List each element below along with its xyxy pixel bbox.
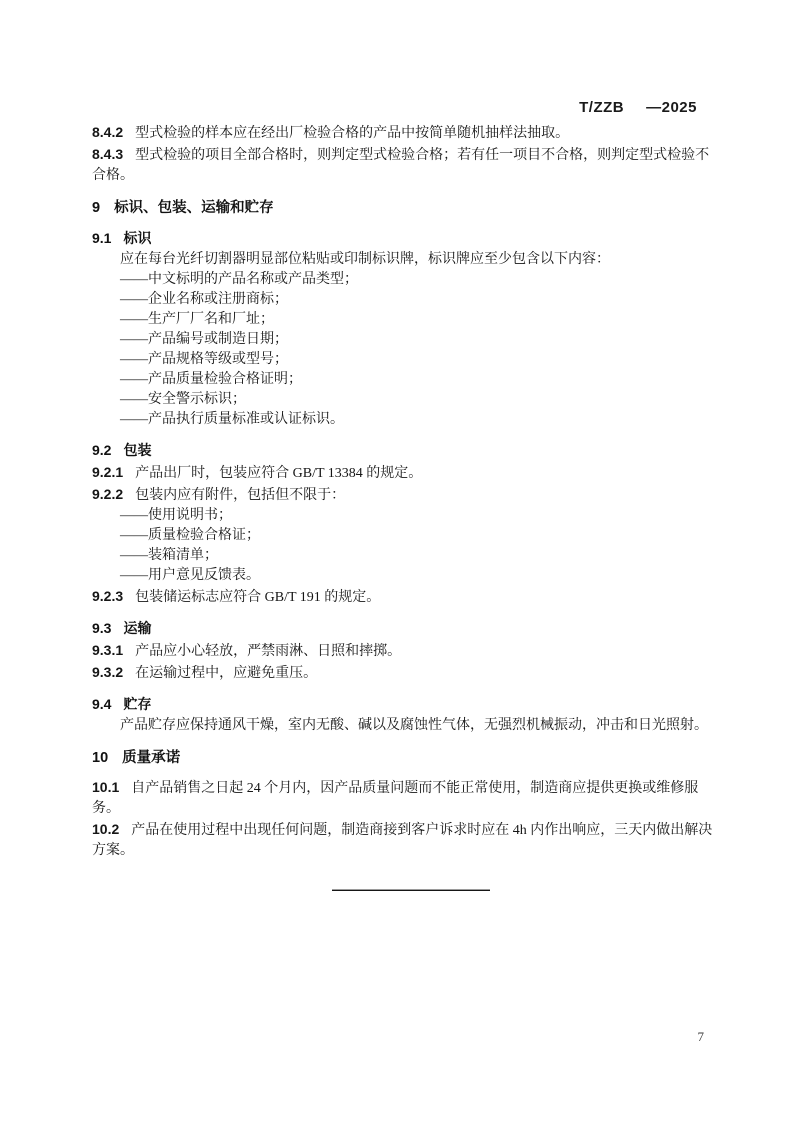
clause-number: 9.2.2 bbox=[92, 486, 123, 502]
section-heading-9-3: 9.3运输 bbox=[92, 618, 713, 638]
clause-text: 包装内应有附件，包括但不限于： bbox=[135, 488, 345, 503]
page-number: 7 bbox=[698, 1029, 705, 1045]
clause-10-2: 10.2产品在使用过程中出现任何问题，制造商接到客户诉求时应在 4h 内作出响应… bbox=[92, 819, 713, 861]
list-item: ——用户意见反馈表。 bbox=[92, 566, 713, 586]
chapter-number: 10 bbox=[92, 750, 108, 766]
clause-number: 10.1 bbox=[92, 779, 119, 795]
list-item: ——产品质量检验合格证明； bbox=[92, 370, 713, 390]
end-of-document-divider bbox=[332, 889, 490, 891]
chapter-title: 标识、包装、运输和贮存 bbox=[114, 200, 274, 216]
clause-10-1: 10.1自产品销售之日起 24 个月内，因产品质量问题而不能正常使用，制造商应提… bbox=[92, 777, 713, 819]
clause-text: 产品应小心轻放，严禁雨淋、日照和摔掷。 bbox=[135, 644, 401, 659]
section-heading-9-1: 9.1标识 bbox=[92, 228, 713, 248]
clause-9-2-3: 9.2.3包装储运标志应符合 GB/T 191 的规定。 bbox=[92, 586, 713, 608]
clause-8-4-2: 8.4.2型式检验的样本应在经出厂检验合格的产品中按简单随机抽样法抽取。 bbox=[92, 122, 713, 144]
chapter-number: 9 bbox=[92, 200, 100, 216]
clause-number: 8.4.3 bbox=[92, 146, 123, 162]
clause-text: 自产品销售之日起 24 个月内，因产品质量问题而不能正常使用，制造商应提供更换或… bbox=[92, 781, 698, 816]
paragraph: 产品贮存应保持通风干燥，室内无酸、碱以及腐蚀性气体，无强烈机械振动，冲击和日光照… bbox=[92, 716, 713, 736]
clause-number: 9.3.1 bbox=[92, 642, 123, 658]
list-item: ——企业名称或注册商标； bbox=[92, 290, 713, 310]
section-title: 标识 bbox=[123, 230, 151, 246]
list-item: ——产品执行质量标准或认证标识。 bbox=[92, 410, 713, 430]
document-page: T/ZZB —2025 8.4.2型式检验的样本应在经出厂检验合格的产品中按简单… bbox=[0, 0, 794, 1123]
standard-code: T/ZZB bbox=[579, 99, 624, 116]
chapter-title: 质量承诺 bbox=[122, 750, 180, 766]
clause-text: 包装储运标志应符合 GB/T 191 的规定。 bbox=[135, 590, 380, 605]
clause-9-2-1: 9.2.1产品出厂时，包装应符合 GB/T 13384 的规定。 bbox=[92, 462, 713, 484]
chapter-heading-10: 10质量承诺 bbox=[92, 748, 713, 768]
chapter-heading-9: 9标识、包装、运输和贮存 bbox=[92, 198, 713, 218]
clause-number: 9.2.3 bbox=[92, 588, 123, 604]
clause-8-4-3: 8.4.3型式检验的项目全部合格时，则判定型式检验合格；若有任一项目不合格，则判… bbox=[92, 144, 713, 186]
section-number: 9.3 bbox=[92, 620, 111, 636]
section-title: 运输 bbox=[123, 620, 151, 636]
clause-number: 8.4.2 bbox=[92, 124, 123, 140]
clause-text: 产品在使用过程中出现任何问题，制造商接到客户诉求时应在 4h 内作出响应，三天内… bbox=[92, 823, 712, 858]
running-header: T/ZZB —2025 bbox=[579, 99, 697, 116]
standard-year: —2025 bbox=[646, 99, 697, 116]
document-body: 8.4.2型式检验的样本应在经出厂检验合格的产品中按简单随机抽样法抽取。 8.4… bbox=[92, 122, 713, 891]
clause-9-3-2: 9.3.2在运输过程中，应避免重压。 bbox=[92, 662, 713, 684]
section-number: 9.1 bbox=[92, 230, 111, 246]
clause-text: 型式检验的样本应在经出厂检验合格的产品中按简单随机抽样法抽取。 bbox=[135, 126, 569, 141]
section-number: 9.4 bbox=[92, 696, 111, 712]
clause-9-3-1: 9.3.1产品应小心轻放，严禁雨淋、日照和摔掷。 bbox=[92, 640, 713, 662]
section-title: 贮存 bbox=[123, 696, 151, 712]
list-item: ——产品编号或制造日期； bbox=[92, 330, 713, 350]
section-heading-9-4: 9.4贮存 bbox=[92, 694, 713, 714]
clause-number: 9.3.2 bbox=[92, 664, 123, 680]
clause-number: 9.2.1 bbox=[92, 464, 123, 480]
clause-9-2-2: 9.2.2包装内应有附件，包括但不限于： bbox=[92, 484, 713, 506]
list-item: ——质量检验合格证； bbox=[92, 526, 713, 546]
clause-text: 型式检验的项目全部合格时，则判定型式检验合格；若有任一项目不合格，则判定型式检验… bbox=[92, 148, 709, 183]
clause-text: 产品出厂时，包装应符合 GB/T 13384 的规定。 bbox=[135, 466, 422, 481]
paragraph: 应在每台光纤切割器明显部位粘贴或印制标识牌，标识牌应至少包含以下内容： bbox=[92, 250, 713, 270]
list-item: ——生产厂厂名和厂址； bbox=[92, 310, 713, 330]
clause-text: 在运输过程中，应避免重压。 bbox=[135, 666, 317, 681]
list-item: ——使用说明书； bbox=[92, 506, 713, 526]
list-item: ——产品规格等级或型号； bbox=[92, 350, 713, 370]
clause-number: 10.2 bbox=[92, 821, 119, 837]
section-title: 包装 bbox=[123, 442, 151, 458]
section-heading-9-2: 9.2包装 bbox=[92, 440, 713, 460]
list-item: ——装箱清单； bbox=[92, 546, 713, 566]
list-item: ——中文标明的产品名称或产品类型； bbox=[92, 270, 713, 290]
list-item: ——安全警示标识； bbox=[92, 390, 713, 410]
section-number: 9.2 bbox=[92, 442, 111, 458]
